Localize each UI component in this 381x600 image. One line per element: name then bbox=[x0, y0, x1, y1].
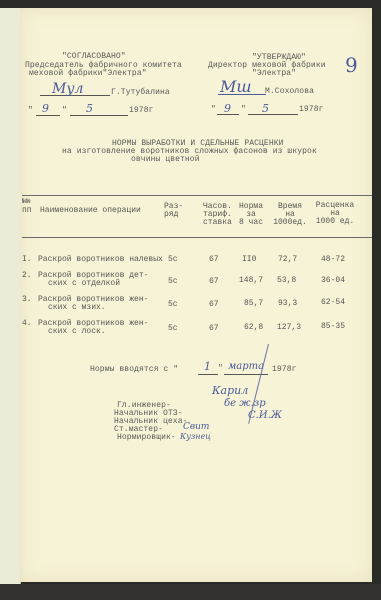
effective-day: 1 bbox=[204, 360, 211, 373]
approval-right-year: 1978г bbox=[299, 105, 324, 114]
row-grade: 5с bbox=[168, 300, 178, 309]
row-grade: 5с bbox=[168, 324, 178, 333]
approval-left-signature: Мул bbox=[52, 81, 83, 97]
signature-shop: С.И.Ж bbox=[248, 410, 282, 421]
row-time: 127,3 bbox=[277, 323, 301, 332]
header-time-3: 1000ед. bbox=[270, 218, 310, 227]
header-operation: Наименование операции bbox=[40, 206, 141, 215]
row-norm: 85,7 bbox=[244, 299, 263, 308]
table-top-rule bbox=[22, 195, 372, 196]
row-time: 53,8 bbox=[277, 276, 296, 285]
effective-year: 1978г bbox=[272, 365, 297, 374]
approval-left-year: 1978г bbox=[129, 106, 154, 115]
row-num: 2. bbox=[22, 271, 32, 280]
approval-right-day: 9 bbox=[224, 102, 231, 115]
row-norm: 148,7 bbox=[239, 276, 263, 285]
header-norm-3: 8 час bbox=[234, 218, 268, 227]
effective-month: марта bbox=[228, 361, 264, 372]
row-num: 3. bbox=[22, 295, 32, 304]
page-number: 9 bbox=[345, 53, 358, 77]
approval-left-stamp: "СОГЛАСОВАНО" bbox=[62, 52, 126, 61]
approval-left-day-line bbox=[36, 115, 60, 116]
row-operation: Раскрой воротников налевых bbox=[38, 255, 163, 264]
effective-quote: " bbox=[218, 364, 223, 373]
approval-left-month: 5 bbox=[86, 102, 93, 115]
header-rate-3: ставка bbox=[203, 218, 232, 227]
scan-bottom-border bbox=[0, 584, 381, 600]
signatory-normer: Нормировщик- bbox=[117, 433, 176, 442]
row-num: 4. bbox=[22, 319, 32, 328]
row-price: 85-35 bbox=[321, 322, 345, 331]
row-operation-cont: ских с лоск. bbox=[48, 327, 106, 336]
effective-prefix: Нормы вводятся с " bbox=[90, 365, 178, 374]
row-norm: 62,8 bbox=[244, 323, 263, 332]
signature-otz: бе ж.зр bbox=[224, 398, 266, 409]
row-operation-cont: ских с отделкой bbox=[48, 279, 120, 288]
row-price: 62-54 bbox=[321, 298, 345, 307]
row-operation-cont: ских с мзих. bbox=[48, 303, 106, 312]
title-line3: овчины цветной bbox=[131, 155, 200, 164]
header-grade-2: ряд bbox=[164, 210, 178, 219]
row-price: 36-04 bbox=[321, 276, 345, 285]
header-price-3: 1000 ед. bbox=[310, 217, 360, 226]
approval-right-month-line bbox=[248, 114, 298, 115]
header-num-2: пп bbox=[22, 206, 32, 215]
previous-page-edge bbox=[0, 8, 21, 584]
scan-top-border bbox=[0, 0, 381, 8]
row-norm: II0 bbox=[242, 255, 256, 264]
table-header-rule bbox=[22, 237, 372, 238]
approval-right-signature: Мш bbox=[220, 77, 252, 96]
row-time: 93,3 bbox=[278, 299, 297, 308]
document-page: "СОГЛАСОВАНО" Председатель фабричного ко… bbox=[20, 8, 372, 582]
effective-day-line bbox=[198, 374, 218, 375]
approval-right-name: М.Сохолова bbox=[265, 87, 314, 96]
row-rate: 67 bbox=[209, 277, 219, 286]
row-num: I. bbox=[22, 255, 32, 264]
approval-left-day: 9 bbox=[42, 102, 49, 115]
signature-engineer: Карил bbox=[212, 384, 248, 397]
row-time: 72,7 bbox=[278, 255, 297, 264]
row-price: 48-72 bbox=[321, 255, 345, 264]
row-grade: 5с bbox=[168, 255, 178, 264]
signature-normer: Кузнец bbox=[180, 432, 211, 441]
approval-left-name: Г.Тутубалина bbox=[111, 88, 170, 97]
row-grade: 5с bbox=[168, 277, 178, 286]
scan-right-border bbox=[372, 0, 381, 600]
row-rate: 67 bbox=[209, 255, 219, 264]
approval-left-month-line bbox=[70, 115, 128, 116]
approval-right-line2: "Электра" bbox=[252, 69, 296, 78]
approval-right-month: 5 bbox=[262, 102, 269, 115]
row-rate: 67 bbox=[209, 324, 219, 333]
approval-left-line2: меховой фабрики"Электра" bbox=[29, 69, 147, 78]
row-rate: 67 bbox=[209, 300, 219, 309]
signature-master: Свит bbox=[183, 422, 209, 432]
